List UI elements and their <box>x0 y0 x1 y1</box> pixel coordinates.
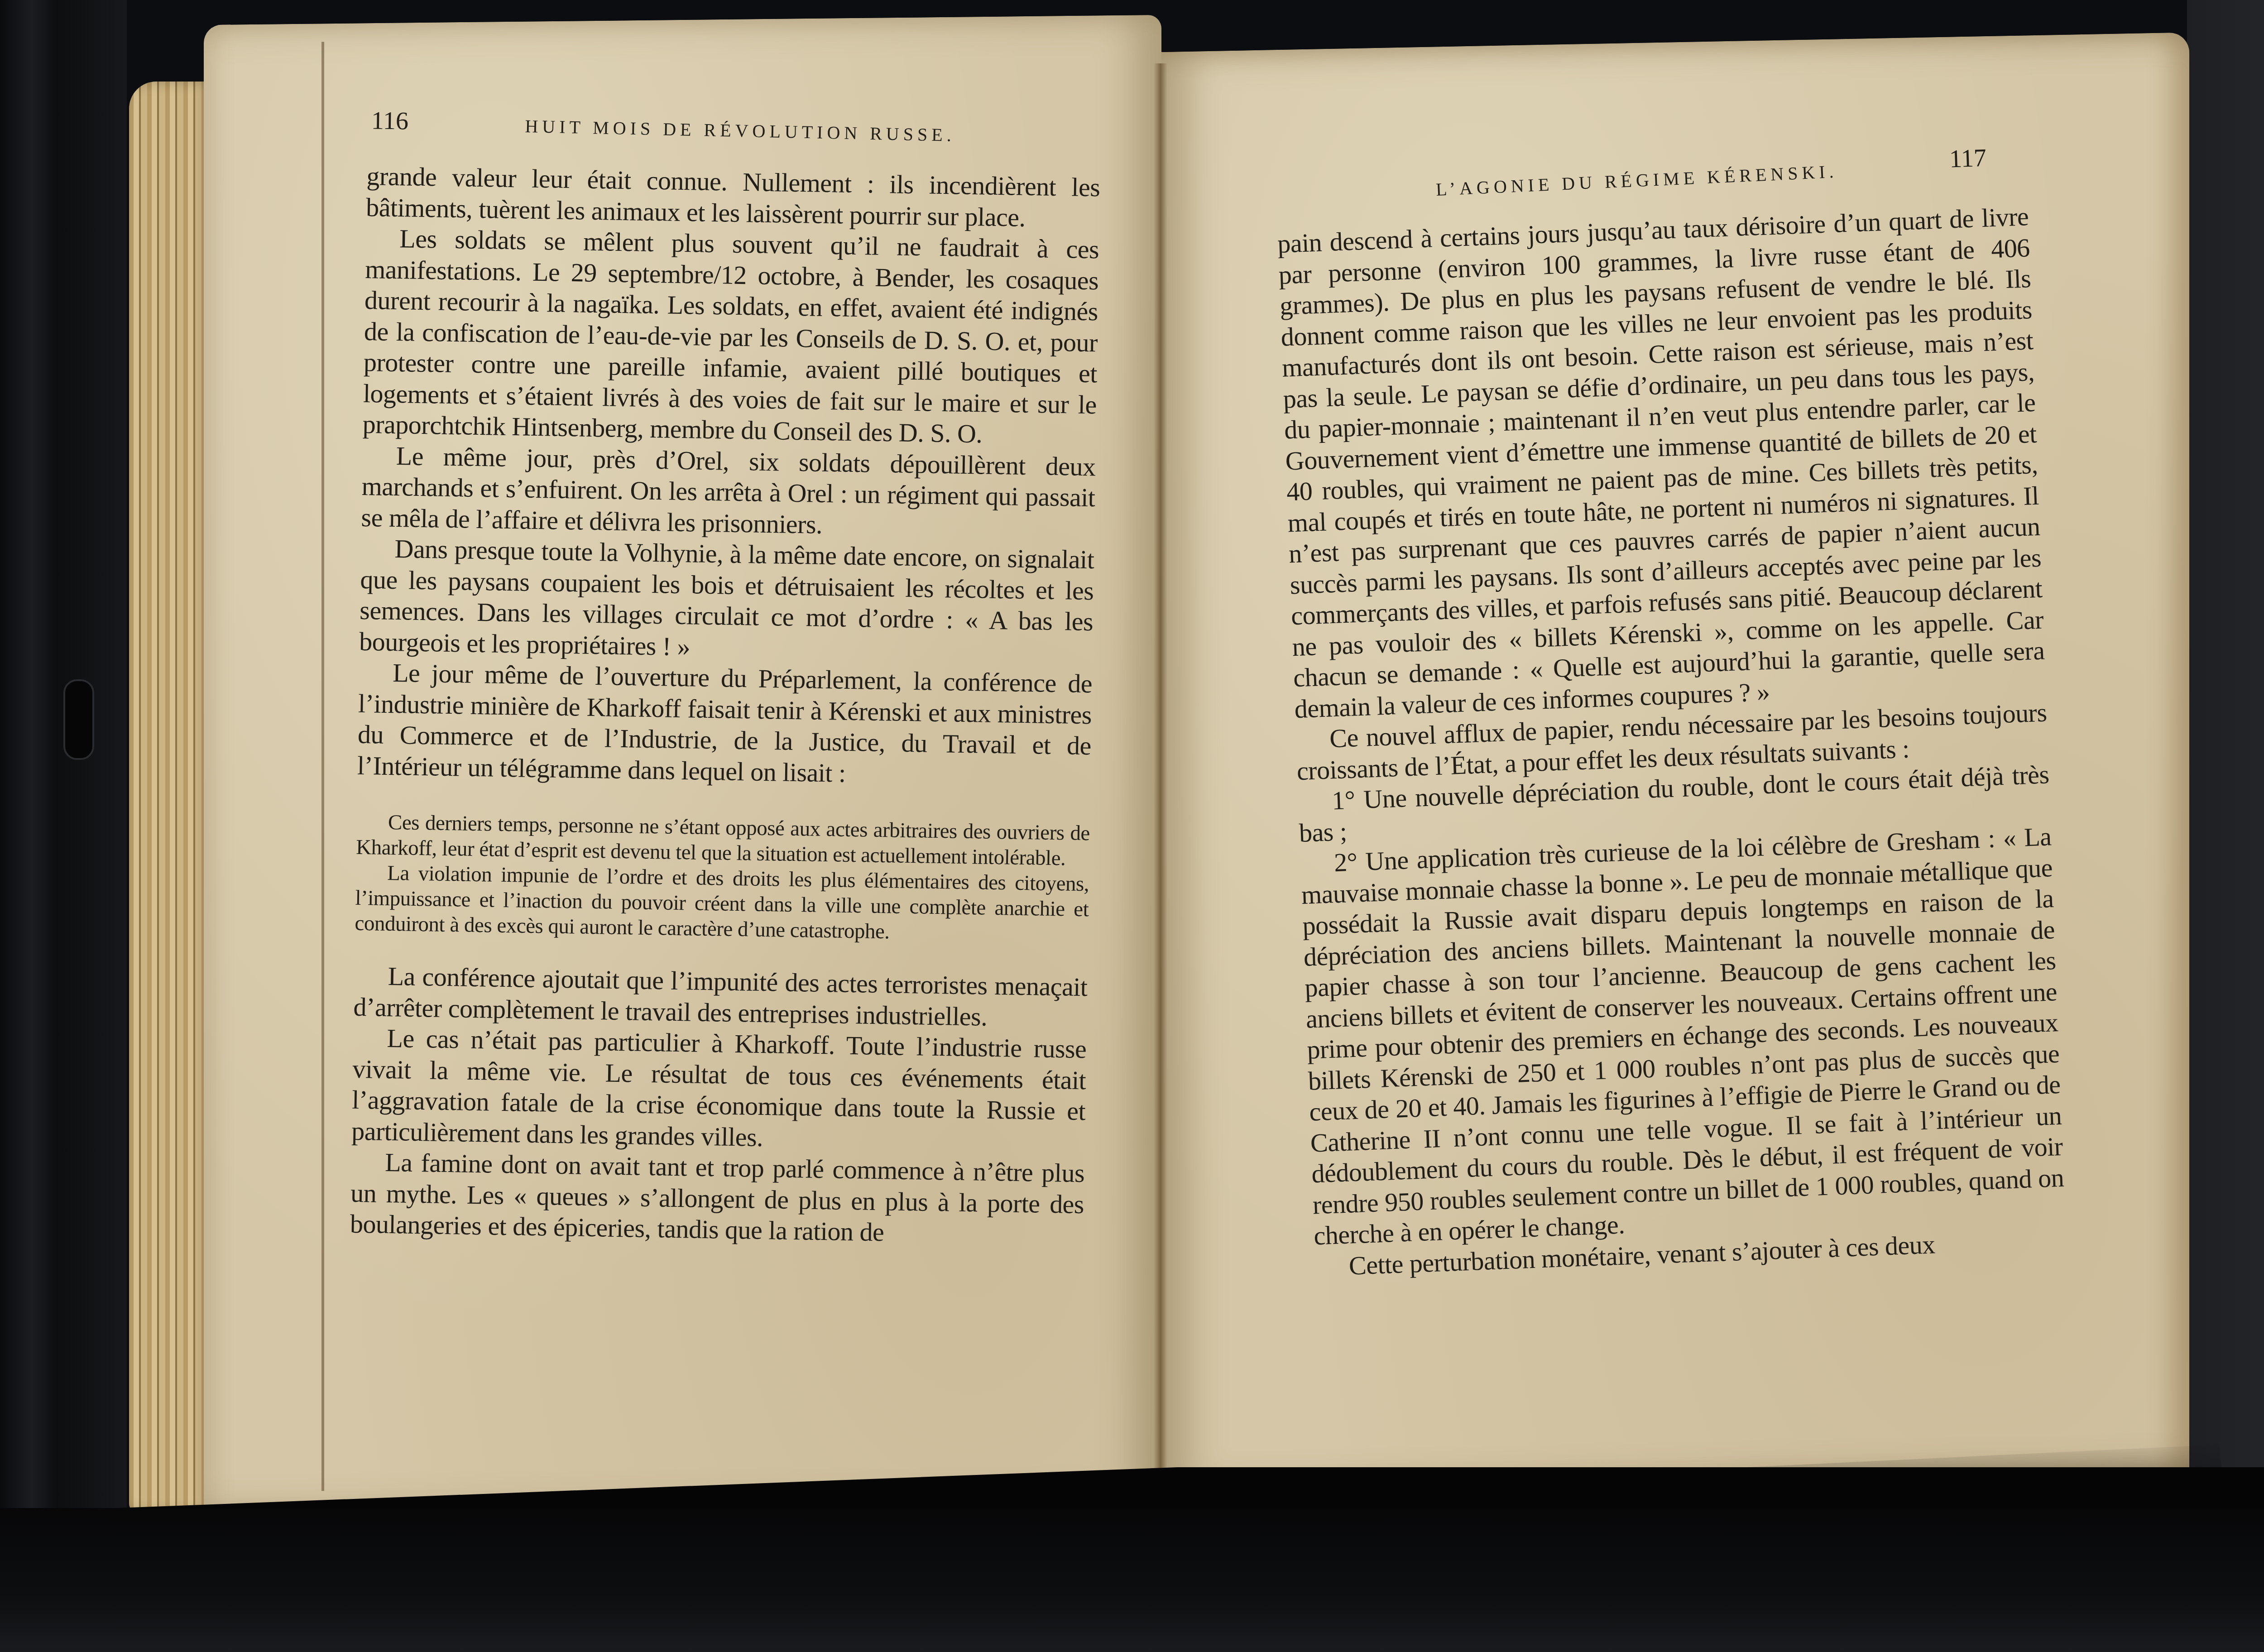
paragraph: 2° Une application très curieuse de la l… <box>1300 821 2066 1252</box>
paragraph: grande valeur leur était connue. Nulleme… <box>366 161 1100 234</box>
right-page-text: pain descend à certains jours jusqu’au t… <box>1277 201 2067 1282</box>
page-stack-edge <box>129 82 215 1513</box>
paragraph: La famine dont on avait tant et trop par… <box>350 1147 1085 1251</box>
page-edge-fold <box>321 42 324 1491</box>
paragraph: Le même jour, près d’Orel, six soldats d… <box>361 440 1096 544</box>
display-base-bar <box>0 1508 2264 1652</box>
left-page-number: 116 <box>371 106 409 135</box>
right-page-number: 117 <box>1949 144 1987 174</box>
paragraph: Le cas n’était pas particulier à Kharkof… <box>351 1023 1087 1158</box>
display-frame-left <box>0 0 127 1652</box>
paragraph: Dans presque toute la Volhynie, à la mêm… <box>359 533 1094 668</box>
display-frame-right <box>2187 0 2264 1652</box>
telegram-quote: Ces derniers temps, personne ne s’étant … <box>355 809 1090 947</box>
paragraph: La conférence ajoutait que l’impunité de… <box>353 960 1088 1034</box>
left-page-text: grande valeur leur était connue. Nulleme… <box>350 161 1100 1251</box>
paragraph: pain descend à certains jours jusqu’au t… <box>1277 201 2046 725</box>
paragraph: Les soldats se mêlent plus souvent qu’il… <box>362 223 1099 451</box>
frame-slot <box>63 679 94 760</box>
quote-paragraph: La violation impunie de l’ordre et des d… <box>355 860 1089 947</box>
paragraph: Le jour même de l’ouverture du Préparlem… <box>357 657 1092 792</box>
book-gutter <box>1154 63 1167 1490</box>
